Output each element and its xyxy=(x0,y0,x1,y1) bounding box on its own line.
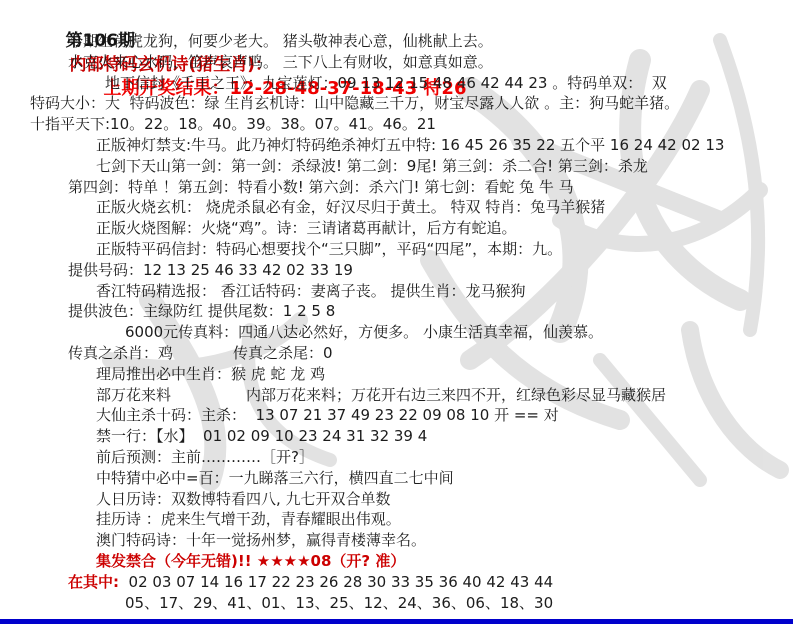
text-line: 正版神灯禁支:牛马。此乃神灯特码绝杀神灯五中特: 16 45 26 35 22 … xyxy=(0,135,793,156)
text-line: 挂历诗 ：虎来生气增干劲，青春耀眼出伟观。 xyxy=(0,509,793,530)
body-text: 理局推出必中生肖：猴 虎 蛇 龙 鸡 xyxy=(96,365,325,383)
text-line: 特码大小：大 特码波色：绿 生肖玄机诗：山中隐藏三千万，财宝尽露人人欲 。主：狗… xyxy=(0,93,793,114)
body-text: 前后预测：主前…………［开?］ xyxy=(96,448,314,466)
text-line: 人日历诗：双数博特看四八, 九七开双合单数 xyxy=(0,489,793,510)
text-line: 澳门特码诗：十年一觉扬州梦，赢得青楼薄幸名。 xyxy=(0,530,793,551)
body-text: 正版火烧玄机： 烧虎杀鼠必有金，好汉尽归于黄土。 特双 特肖：兔马羊猴猪 xyxy=(96,198,605,216)
text-line: 6000元传真料：四通八达必然好，方便多。 小康生活真幸福，仙羡慕。 xyxy=(0,322,793,343)
text-line: 理局推出必中生肖：猴 虎 蛇 龙 鸡 xyxy=(0,364,793,385)
body-text: 十指平天下:10。22。18。40。39。38。07。41。46。21 xyxy=(30,115,436,133)
body-text: 大仙主杀十码：主杀： 13 07 21 37 49 23 22 09 08 10… xyxy=(96,406,559,424)
body-text: 中特猜中必中=百：一九睇落三六行，横四直二七中间 xyxy=(96,469,454,487)
text-line: 正版特平码信封：特码心想要找个“三只脚”，平码“四尾”，本期：九。 xyxy=(0,239,793,260)
body-text: 传真之杀肖：鸡 传真之杀尾：0 xyxy=(68,344,333,362)
body-text: 地下信封《千王之王》：九宝莲灯：09 13 12 15 48 46 42 44 … xyxy=(105,74,667,92)
document-content: 第106期 内部特码玄机诗(猪生肖)： 上期开奖结果：12-28-48-37-1… xyxy=(0,5,793,613)
body-text: 禁一行：【水】 01 02 09 10 23 24 31 32 39 4 xyxy=(96,427,427,445)
bottom-blue-divider xyxy=(0,619,793,624)
text-line: 第四剑：特单 ！第五剑：特看小数! 第六剑：杀六门! 第七剑：看蛇 兔 牛 马 xyxy=(0,177,793,198)
text-line: 传真之杀肖：鸡 传真之杀尾：0 xyxy=(0,343,793,364)
body-text: 提供号码：12 13 25 46 33 42 02 33 19 xyxy=(68,261,353,279)
body-text: 正版神灯禁支:牛马。此乃神灯特码绝杀神灯五中特: 16 45 26 35 22 … xyxy=(96,136,724,154)
text-line: 正版火烧图解：火烧“鸡”。诗：三请诸葛再献计，后方有蛇追。 xyxy=(0,218,793,239)
body-text: 正版特平码信封：特码心想要找个“三只脚”，平码“四尾”，本期：九。 xyxy=(96,240,562,258)
body-text: 今期生肖虎龙狗，何要少老大。 猪头敬神表心意，仙桃献上去。 xyxy=(68,32,493,50)
document-header: 第106期 内部特码玄机诗(猪生肖)： 上期开奖结果：12-28-48-37-1… xyxy=(0,5,793,31)
text-lines-container: 今期生肖虎龙狗，何要少老大。 猪头敬神表心意，仙桃献上去。水克火来心水码，笛声哀… xyxy=(0,31,793,613)
text-line: 提供波色：主绿防红 提供尾数：1 2 5 8 xyxy=(0,301,793,322)
text-line: 大仙主杀十码：主杀： 13 07 21 37 49 23 22 09 08 10… xyxy=(0,405,793,426)
text-line: 05、17、29、41、01、13、25、12、24、36、06、18、30 xyxy=(0,593,793,614)
text-line: 前后预测：主前…………［开?］ xyxy=(0,447,793,468)
text-line: 提供号码：12 13 25 46 33 42 02 33 19 xyxy=(0,260,793,281)
body-text: 第四剑：特单 ！第五剑：特看小数! 第六剑：杀六门! 第七剑：看蛇 兔 牛 马 xyxy=(68,178,574,196)
body-text: 02 03 07 14 16 17 22 23 26 28 30 33 35 3… xyxy=(119,573,553,591)
text-line: 今期生肖虎龙狗，何要少老大。 猪头敬神表心意，仙桃献上去。 xyxy=(0,31,793,52)
text-line: 水克火来心水码，笛声哀声鸣。 三下八上有财收，如意真如意。 xyxy=(0,52,793,73)
body-text: 挂历诗 ：虎来生气增干劲，青春耀眼出伟观。 xyxy=(96,510,401,528)
body-text: 特码大小：大 特码波色：绿 生肖玄机诗：山中隐藏三千万，财宝尽露人人欲 。主：狗… xyxy=(30,94,679,112)
body-text: 七剑下天山第一剑：第一剑：杀绿波! 第二剑：9尾! 第三剑：杀二合! 第三剑：杀… xyxy=(96,157,648,175)
body-text: 澳门特码诗：十年一觉扬州梦，赢得青楼薄幸名。 xyxy=(96,531,426,549)
body-text: 正版火烧图解：火烧“鸡”。诗：三请诸葛再献计，后方有蛇追。 xyxy=(96,219,517,237)
text-line: 七剑下天山第一剑：第一剑：杀绿波! 第二剑：9尾! 第三剑：杀二合! 第三剑：杀… xyxy=(0,156,793,177)
body-text: 提供波色：主绿防红 提供尾数：1 2 5 8 xyxy=(68,302,335,320)
lottery-tip-sheet: 第106期 内部特码玄机诗(猪生肖)： 上期开奖结果：12-28-48-37-1… xyxy=(0,0,793,626)
text-line: 禁一行：【水】 01 02 09 10 23 24 31 32 39 4 xyxy=(0,426,793,447)
text-line: 部万花来料 内部万花来料；万花开右边三来四不开，红绿色彩尽显马藏猴居 xyxy=(0,385,793,406)
text-line: 地下信封《千王之王》：九宝莲灯：09 13 12 15 48 46 42 44 … xyxy=(0,73,793,94)
text-line: 香江特码精选报： 香江话特码：妻离子丧。 提供生肖：龙马猴狗 xyxy=(0,281,793,302)
body-text: 6000元传真料：四通八达必然好，方便多。 小康生活真幸福，仙羡慕。 xyxy=(125,323,603,341)
body-text: 水克火来心水码，笛声哀声鸣。 三下八上有财收，如意真如意。 xyxy=(68,53,493,71)
body-text: 人日历诗：双数博特看四八, 九七开双合单数 xyxy=(96,490,391,508)
text-line: 在其中: 02 03 07 14 16 17 22 23 26 28 30 33… xyxy=(0,572,793,593)
text-line: 正版火烧玄机： 烧虎杀鼠必有金，好汉尽归于黄土。 特双 特肖：兔马羊猴猪 xyxy=(0,197,793,218)
text-line: 集发禁合（今年无错)!! ★★★★08（开? 准） xyxy=(0,551,793,572)
body-text: 部万花来料 内部万花来料；万花开右边三来四不开，红绿色彩尽显马藏猴居 xyxy=(96,386,666,404)
text-line: 中特猜中必中=百：一九睇落三六行，横四直二七中间 xyxy=(0,468,793,489)
body-text: 05、17、29、41、01、13、25、12、24、36、06、18、30 xyxy=(125,594,553,612)
body-text: 香江特码精选报： 香江话特码：妻离子丧。 提供生肖：龙马猴狗 xyxy=(96,282,526,300)
highlighted-text: 在其中: xyxy=(68,573,119,591)
highlighted-text: 集发禁合（今年无错)!! ★★★★08（开? 准） xyxy=(96,552,405,570)
text-line: 十指平天下:10。22。18。40。39。38。07。41。46。21 xyxy=(0,114,793,135)
